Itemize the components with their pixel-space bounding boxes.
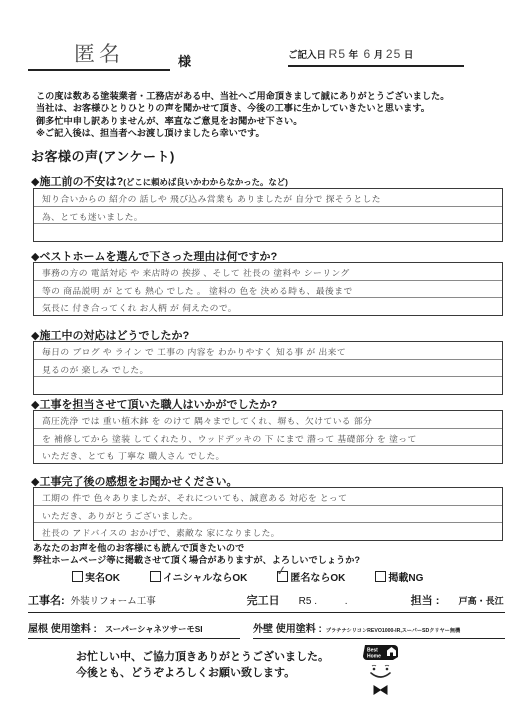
- answer-text: 高圧洗浄 では 重い植木鉢 を のけて 隅々までしてくれ、塀も、欠けている 部分: [34, 411, 502, 427]
- roof-paint-value: スーパーシャネツサーモSI: [105, 624, 203, 634]
- answer-text: [34, 377, 502, 380]
- answer-text: 等の 商品説明 が とても 熱心 でした 。 塗料の 色を 決める時も、最後まで: [34, 281, 502, 297]
- fill-date-day: 25: [386, 47, 401, 61]
- wall-paint-label: 外壁 使用塗料 :: [253, 624, 322, 635]
- answer-text: 見るのが 楽しみ でした。: [34, 360, 502, 376]
- publish-note-line: あなたのお声を他のお客様にも読んで頂きたいので: [33, 542, 360, 554]
- project-name-label: 工事名:: [28, 595, 65, 607]
- answer-text: いただき、ありがとうございました。: [34, 506, 502, 522]
- answer-row: いただき、とても 丁寧な 職人さん でした。: [34, 446, 502, 463]
- answer-text: [34, 224, 502, 227]
- completion-date-label: 完工日: [247, 592, 299, 608]
- answer-row: 高圧洗浄 では 重い植木鉢 を のけて 隅々までしてくれ、塀も、欠けている 部分: [34, 411, 502, 429]
- roof-paint-label: 屋根 使用塗料 :: [28, 624, 97, 635]
- answer-text: 毎日の ブログ や ライン で 工事の 内容を わかりやすく 知る事 が 出来て: [34, 342, 502, 358]
- option-no-publish: ✓ 掲載NG: [375, 569, 423, 584]
- answer-text: 知り合いからの 紹介の 話しや 飛び込み営業も ありましたが 自分で 探そうとし…: [34, 189, 502, 205]
- answer-text: いただき、とても 丁寧な 職人さん でした。: [34, 446, 502, 462]
- answer-box-1: 知り合いからの 紹介の 話しや 飛び込み営業も ありましたが 自分で 探そうとし…: [33, 188, 503, 242]
- answer-box-2: 事務の方の 電話対応 や 来店時の 挨拶 、そして 社長の 塗料や シーリング …: [33, 262, 503, 316]
- answer-row: 事務の方の 電話対応 や 来店時の 挨拶 、そして 社長の 塗料や シーリング: [34, 263, 502, 281]
- answer-row: 気長に 付き合ってくれ お人柄 が 伺えたので。: [34, 298, 502, 315]
- intro-paragraph: この度は数ある塗装業者・工務店がある中、当社へご用命頂きまして誠にありがとうござ…: [36, 90, 498, 140]
- wall-paint: 外壁 使用塗料 :プラチナシリコンREVO1000-IR,スーパーSDクリヤー無…: [253, 620, 505, 639]
- intro-line: この度は数ある塗装業者・工務店がある中、当社へご用命頂きまして誠にありがとうござ…: [36, 90, 498, 102]
- answer-row: [34, 224, 502, 241]
- project-info-row: 工事名:外装リフォーム工事完工日R5 . .担当 :戸高・長江: [28, 592, 505, 613]
- answer-row: 知り合いからの 紹介の 話しや 飛び込み営業も ありましたが 自分で 探そうとし…: [34, 189, 502, 207]
- option-initials: ✓ イニシャルならOK: [150, 569, 247, 584]
- fill-date-era: R5: [329, 47, 346, 61]
- intro-line: ※ご記入後は、担当者へお渡し頂けましたら幸いです。: [36, 127, 498, 139]
- footer-line: お忙しい中、ご協力頂きありがとうございました。: [76, 649, 329, 665]
- answer-box-4: 高圧洗浄 では 重い植木鉢 を のけて 隅々までしてくれ、塀も、欠けている 部分…: [33, 410, 503, 464]
- answer-box-3: 毎日の ブログ や ライン で 工事の 内容を わかりやすく 知る事 が 出来て…: [33, 341, 503, 395]
- answer-text: 事務の方の 電話対応 や 来店時の 挨拶 、そして 社長の 塗料や シーリング: [34, 263, 502, 279]
- answer-row: 等の 商品説明 が とても 熱心 でした 。 塗料の 色を 決める時も、最後まで: [34, 281, 502, 299]
- fill-date-label: ご記入日: [288, 50, 326, 61]
- answer-row: 見るのが 楽しみ でした。: [34, 360, 502, 378]
- paint-info-row: 屋根 使用塗料 :スーパーシャネツサーモSI 外壁 使用塗料 :プラチナシリコン…: [28, 620, 505, 639]
- answer-row: 毎日の ブログ や ライン で 工事の 内容を わかりやすく 知る事 が 出来て: [34, 342, 502, 360]
- answer-row: いただき、ありがとうございました。: [34, 506, 502, 524]
- answer-row: を 補修してから 塗装 してくれたり、ウッドデッキの 下 にまで 潜って 基礎部…: [34, 429, 502, 447]
- fill-date-day-suffix: 日: [404, 50, 414, 61]
- answer-text: を 補修してから 塗装 してくれたり、ウッドデッキの 下 にまで 潜って 基礎部…: [34, 429, 502, 445]
- publish-options-row: ✓ 実名OK ✓ イニシャルならOK ✓ 匿名ならOK ✓ 掲載NG: [72, 569, 423, 584]
- checkbox-icon: [375, 571, 386, 582]
- option-label: 掲載NG: [388, 569, 423, 584]
- staff-value: 戸高・長江: [459, 596, 504, 606]
- publish-note-line: 弊社ホームページ等に掲載させて頂く場合がありますが、よろしいでしょうか?: [33, 554, 360, 566]
- intro-line: 御多忙中申し訳ありませんが、率直なご意見をお聞かせ下さい。: [36, 115, 498, 127]
- customer-name-underline: 匿名: [28, 38, 170, 71]
- option-real-name: ✓ 実名OK: [72, 569, 120, 584]
- fill-date-month: 6: [363, 47, 371, 61]
- question-1-note: (どこに頼めば良いかわからなかった。など): [123, 177, 288, 187]
- checkbox-icon: [150, 571, 161, 582]
- answer-text: 工期の 件で 色々ありましたが、それについても、誠意ある 対応を とって: [34, 488, 502, 504]
- answer-row: 社長の アドバイスの おかげで、素敵な 家になりました。: [34, 523, 502, 540]
- answer-text: 社長の アドバイスの おかげで、素敵な 家になりました。: [34, 523, 502, 539]
- roof-paint: 屋根 使用塗料 :スーパーシャネツサーモSI: [28, 620, 240, 639]
- answer-row: 工期の 件で 色々ありましたが、それについても、誠意ある 対応を とって: [34, 488, 502, 506]
- checkbox-icon: [72, 571, 83, 582]
- answer-box-5: 工期の 件で 色々ありましたが、それについても、誠意ある 対応を とって いただ…: [33, 487, 503, 541]
- customer-name-value: 匿名: [74, 43, 124, 66]
- survey-form-page: 匿名様 ご記入日 R5 年 6 月 25 日 この度は数ある塗装業者・工務店があ…: [0, 0, 507, 723]
- staff-label: 担当 :: [411, 592, 459, 608]
- completion-date-value: R5 . .: [299, 596, 411, 607]
- option-anonymous: ✓ 匿名ならOK: [277, 569, 345, 584]
- option-label: イニシャルならOK: [163, 569, 247, 584]
- fill-date-month-suffix: 月: [374, 50, 384, 61]
- fill-date-row: ご記入日 R5 年 6 月 25 日: [288, 47, 464, 67]
- best-home-logo-icon: Best Home: [360, 644, 402, 698]
- answer-text: 気長に 付き合ってくれ お人柄 が 伺えたので。: [34, 298, 502, 314]
- project-name-value: 外装リフォーム工事: [71, 593, 247, 607]
- question-1-label: ◆施工前の不安は?: [31, 176, 123, 188]
- question-1-heading: ◆施工前の不安は?(どこに頼めば良いかわからなかった。など): [31, 173, 288, 189]
- answer-row: 為、とても迷いました。: [34, 207, 502, 225]
- answer-text: 為、とても迷いました。: [34, 207, 502, 223]
- wall-paint-value: プラチナシリコンREVO1000-IR,スーパーSDクリヤー無機: [326, 628, 460, 634]
- option-label: 実名OK: [85, 569, 120, 584]
- answer-row: [34, 377, 502, 394]
- logo-text-home: Home: [367, 654, 381, 660]
- intro-line: 当社は、お客様ひとりひとりの声を聞かせて頂き、今後の工事に生かしていきたいと思い…: [36, 102, 498, 114]
- footer-thanks: お忙しい中、ご協力頂きありがとうございました。 今後とも、どうぞよろしくお願い致…: [76, 649, 329, 681]
- publish-consent-note: あなたのお声を他のお客様にも読んで頂きたいので 弊社ホームページ等に掲載させて頂…: [33, 542, 360, 567]
- customer-name-row: 匿名様: [28, 38, 191, 71]
- survey-title: お客様の声(アンケート): [31, 146, 175, 165]
- customer-name-suffix: 様: [178, 54, 191, 69]
- fill-date-year-suffix: 年: [349, 50, 359, 61]
- footer-line: 今後とも、どうぞよろしくお願い致します。: [76, 665, 329, 681]
- option-label: 匿名ならOK: [290, 569, 345, 584]
